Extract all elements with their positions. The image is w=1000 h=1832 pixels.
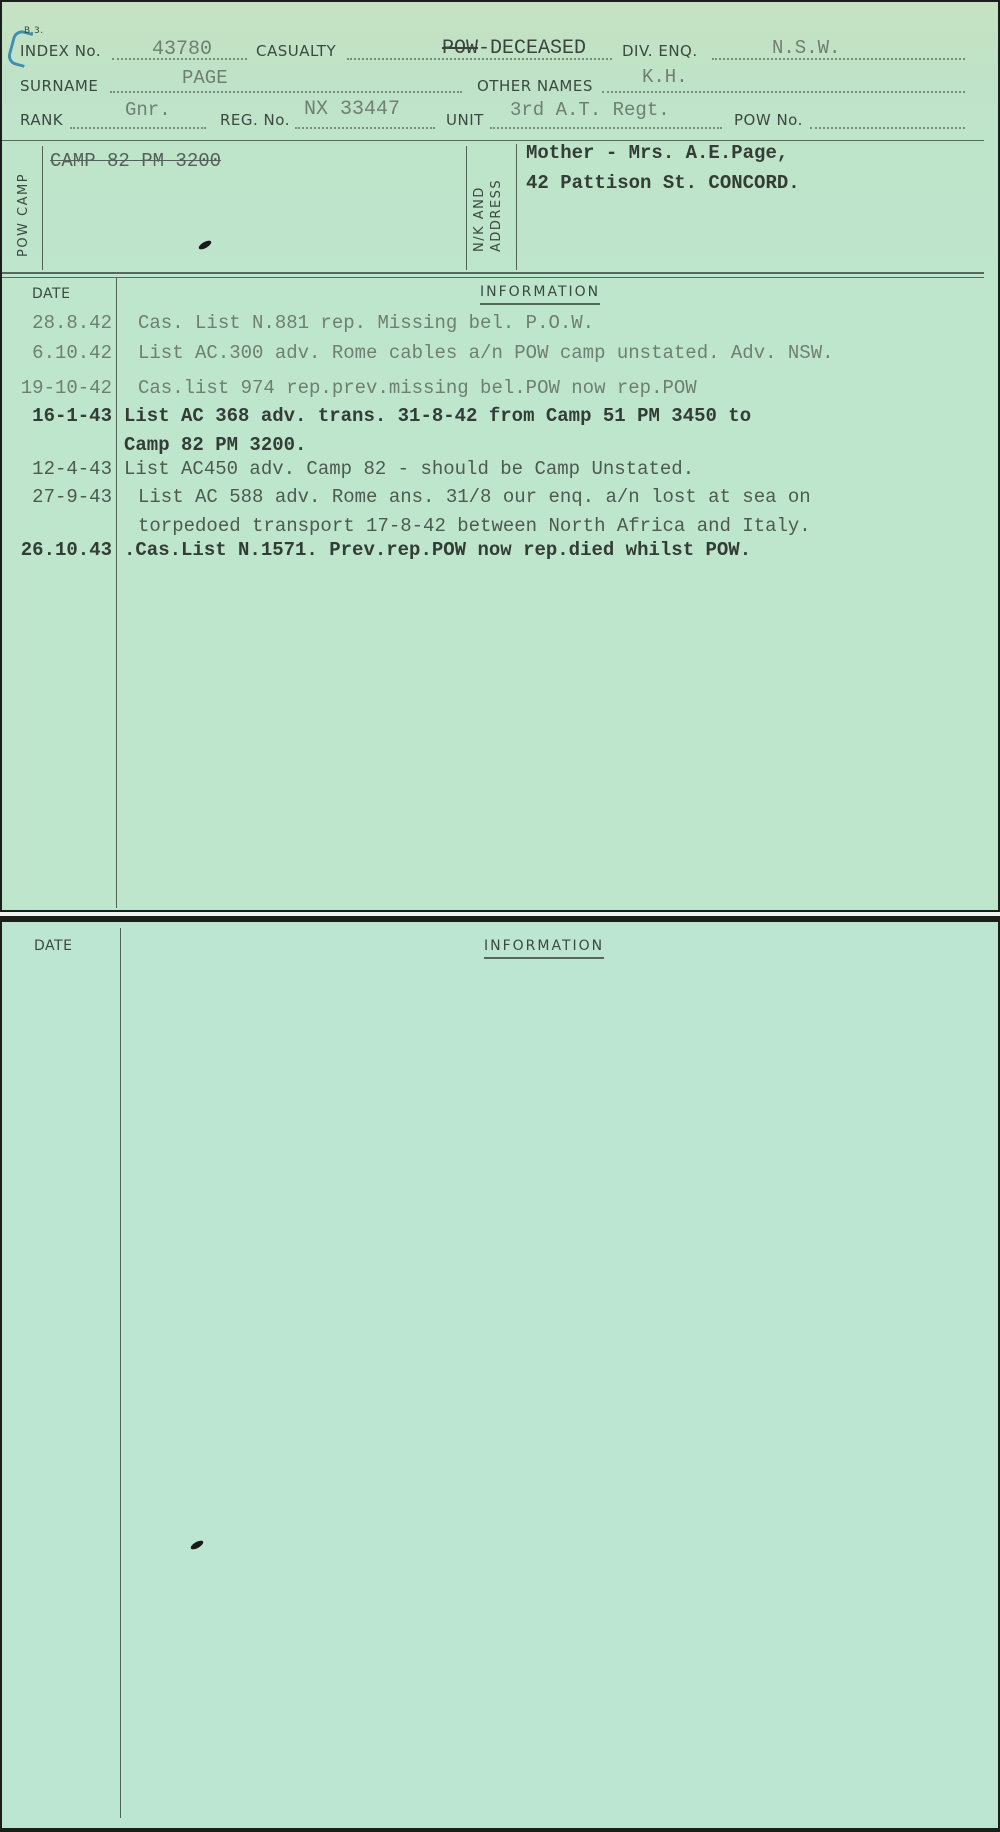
rank-label: RANK <box>20 111 63 129</box>
unit-label: UNIT <box>446 111 484 129</box>
pow-camp-struck-value: CAMP 82 PM 3200 <box>50 150 221 172</box>
pow-no-line <box>810 127 965 129</box>
nk-left-divider <box>466 146 467 270</box>
entry-date: 6.10.42 <box>2 342 112 364</box>
entry-text: List AC.300 adv. Rome cables a/n POW cam… <box>138 342 834 364</box>
entry-text: Cas.list 974 rep.prev.missing bel.POW no… <box>138 377 697 399</box>
casualty-label: CASUALTY <box>256 42 336 60</box>
surname-label: SURNAME <box>20 77 98 95</box>
surname-line <box>110 91 462 93</box>
section-divider-double-2 <box>2 277 984 278</box>
punch-hole <box>197 239 212 251</box>
pow-camp-label: POW CAMP <box>16 173 31 257</box>
surname-value: PAGE <box>182 67 228 89</box>
entry-text: List AC450 adv. Camp 82 - should be Camp… <box>124 458 694 480</box>
pow-no-label: POW No. <box>734 111 803 129</box>
other-names-label: OTHER NAMES <box>477 77 593 95</box>
entry-text: .Cas.List N.1571. Prev.rep.POW now rep.d… <box>124 539 751 561</box>
reg-no-value: NX 33447 <box>304 98 400 121</box>
entry-date: 27-9-43 <box>2 486 112 508</box>
card-separator <box>0 912 1000 916</box>
index-no-label: INDEX No. <box>20 42 101 60</box>
unit-line <box>490 127 722 129</box>
entry-text: torpedoed transport 17-8-42 between Nort… <box>138 515 811 537</box>
record-card-front: B.3. INDEX No. 43780 CASUALTY POW-DECEAS… <box>2 2 998 910</box>
nk-label-line2: ADDRESS <box>489 179 504 252</box>
unit-value: 3rd A.T. Regt. <box>510 99 670 121</box>
rank-value: Gnr. <box>125 99 171 121</box>
punch-hole-back <box>189 1539 204 1551</box>
back-information-header: INFORMATION <box>484 938 604 959</box>
entry-date: 12-4-43 <box>2 458 112 480</box>
rank-line <box>70 127 206 129</box>
back-date-column-divider <box>120 928 121 1818</box>
nk-address-line1: Mother - Mrs. A.E.Page, <box>526 142 788 164</box>
section-divider-top <box>2 140 984 141</box>
casualty-status: -DECEASED <box>478 37 586 60</box>
nk-label-line1: N/K AND <box>472 186 487 252</box>
nk-address-line2: 42 Pattison St. CONCORD. <box>526 172 800 194</box>
information-header: INFORMATION <box>480 284 600 305</box>
entry-text: List AC 588 adv. Rome ans. 31/8 our enq.… <box>138 486 811 508</box>
other-names-value: K.H. <box>642 66 688 88</box>
record-card-back: DATE INFORMATION <box>2 922 998 1828</box>
entry-text: List AC 368 adv. trans. 31-8-42 from Cam… <box>124 405 751 427</box>
pow-camp-divider <box>42 146 43 270</box>
nk-right-divider <box>516 144 517 270</box>
entry-date: 28.8.42 <box>2 312 112 334</box>
date-header: DATE <box>32 286 70 302</box>
entry-text: Cas. List N.881 rep. Missing bel. P.O.W. <box>138 312 594 334</box>
other-names-line <box>602 91 965 93</box>
back-date-header: DATE <box>34 938 72 954</box>
div-enq-label: DIV. ENQ. <box>622 42 698 60</box>
entry-date: 26.10.43 <box>2 539 112 561</box>
pow-camp-value: CAMP 82 PM 3200 <box>50 150 221 172</box>
date-column-divider <box>116 278 117 908</box>
entry-text: Camp 82 PM 3200. <box>124 434 306 456</box>
casualty-value: POW-DECEASED <box>442 37 586 60</box>
index-no-value: 43780 <box>152 38 212 61</box>
casualty-struck-value: POW <box>442 37 478 60</box>
section-divider-double-1 <box>2 272 984 274</box>
entry-date: 16-1-43 <box>2 405 112 427</box>
entry-date: 19-10-42 <box>2 377 112 399</box>
reg-no-label: REG. No. <box>220 111 290 129</box>
reg-no-line <box>295 127 435 129</box>
div-enq-value: N.S.W. <box>772 37 840 59</box>
form-code-text: B.3. <box>24 26 44 36</box>
